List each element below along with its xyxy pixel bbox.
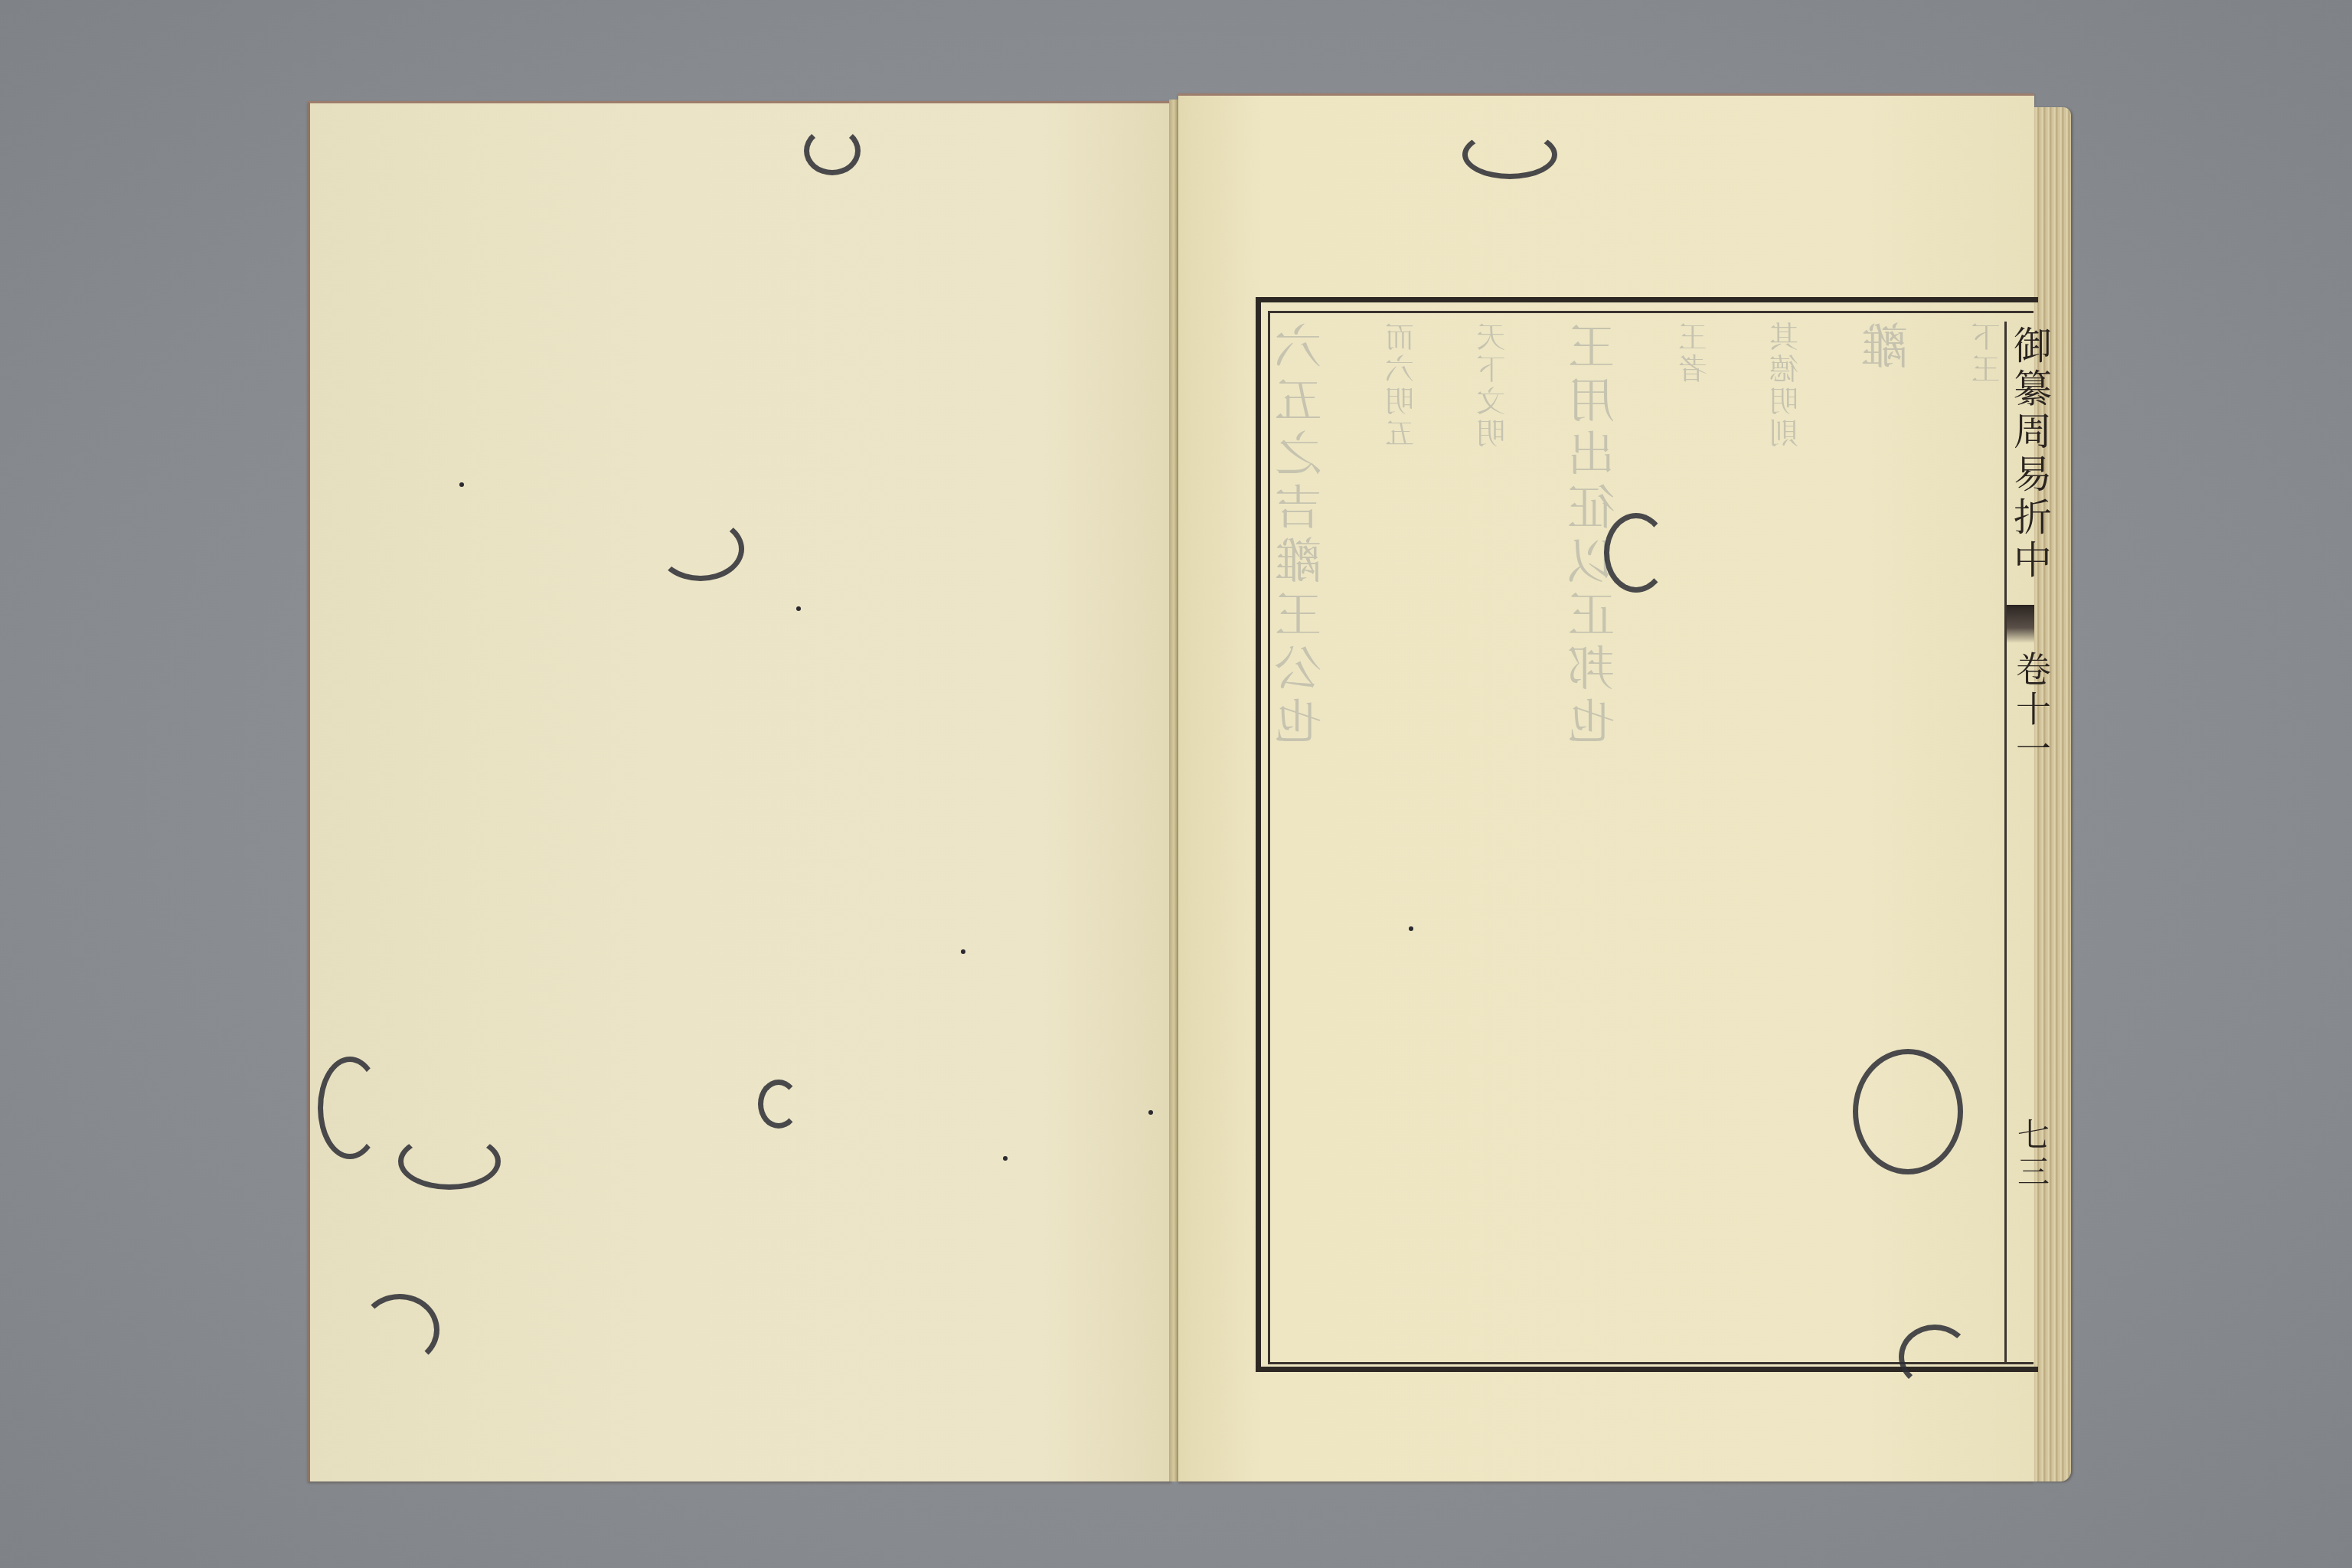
banxin-divider bbox=[2004, 322, 2007, 1363]
ink-speck bbox=[459, 482, 464, 487]
wormhole-damage-icon bbox=[804, 126, 861, 175]
ink-speck bbox=[1409, 926, 1413, 931]
ink-speck bbox=[961, 949, 965, 954]
wormhole-damage-icon bbox=[1462, 130, 1557, 179]
wormhole-damage-icon bbox=[1604, 513, 1668, 593]
ink-speck bbox=[1148, 1110, 1153, 1115]
ink-speck bbox=[1003, 1156, 1008, 1161]
left-page-blank bbox=[308, 101, 1171, 1481]
wormhole-damage-icon bbox=[360, 1294, 439, 1366]
volume-label: 卷十一 bbox=[2014, 651, 2049, 770]
book-title: 御纂周易折中 bbox=[2011, 325, 2049, 583]
wormhole-damage-icon bbox=[1853, 1049, 1963, 1174]
page-edge-stack bbox=[2034, 107, 2071, 1481]
open-book: 六五之吉離王公也 而六明五 天下文明 王用出征以正邦也 王者 其德明則 離 下王… bbox=[0, 0, 2352, 1568]
wormhole-damage-icon bbox=[398, 1133, 501, 1190]
page-number: 七三 bbox=[2015, 1118, 2047, 1191]
ink-speck bbox=[796, 606, 801, 611]
print-frame-inner bbox=[1268, 311, 2033, 1364]
wormhole-damage-icon bbox=[318, 1057, 382, 1159]
wormhole-damage-icon bbox=[657, 517, 744, 581]
wormhole-damage-icon bbox=[758, 1080, 799, 1129]
book-gutter bbox=[1169, 100, 1178, 1481]
fishtail-mark-icon bbox=[2007, 605, 2034, 643]
wormhole-damage-icon bbox=[1899, 1325, 1971, 1389]
